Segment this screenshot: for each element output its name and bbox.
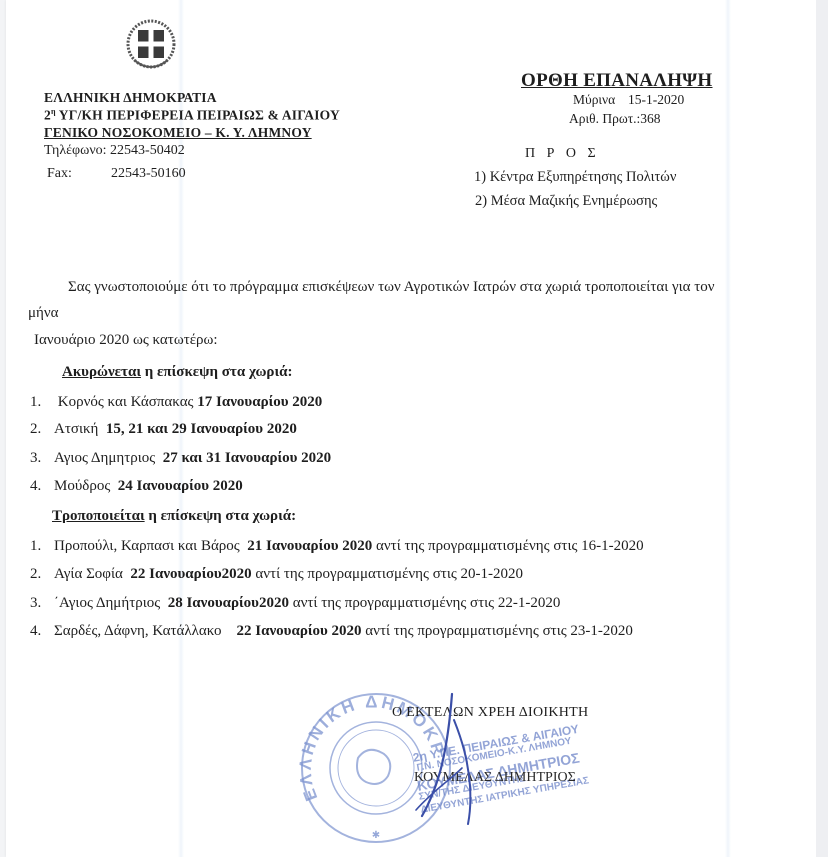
modified-item: 4.Σαρδές, Δάφνη, Κατάλλακο 22 Ιανουαρίου… — [30, 623, 633, 640]
recipient-2: 2) Μέσα Μαζικής Ενημέρωσης — [475, 193, 657, 210]
item-original-date: αντί της προγραμματισμένης στις 22-1-202… — [289, 595, 560, 611]
item-number: 4. — [30, 478, 54, 495]
hospital-name: ΓΕΝΙΚΟ ΝΟΣΟΚΟΜΕΙΟ – Κ. Υ. ΛΗΜΝΟΥ — [44, 125, 312, 141]
to-label: Π Ρ Ο Σ — [525, 146, 600, 162]
modified-heading-keyword: Τροποποιείται — [52, 508, 145, 524]
item-number: 3. — [30, 595, 54, 612]
item-number: 4. — [30, 623, 54, 640]
item-number: 3. — [30, 450, 54, 467]
document-title: ΟΡΘΗ ΕΠΑΝΑΛΗΨΗ — [521, 70, 713, 92]
org-region-text: ΥΓ/ΚΗ ΠΕΡΙΦΕΡΕΙΑ ΠΕΙΡΑΙΩΣ & ΑΙΓΑΙΟΥ — [56, 108, 340, 123]
item-dates: 27 και 31 Ιανουαρίου 2020 — [163, 450, 331, 466]
item-dates: 17 Ιανουαρίου 2020 — [197, 394, 322, 410]
modified-item: 1.Προπούλι, Καρπασι και Βάρος 21 Ιανουαρ… — [30, 538, 644, 555]
item-new-date: 21 Ιανουαρίου 2020 — [247, 538, 372, 554]
org-name: ΕΛΛΗΝΙΚΗ ΔΗΜΟΚΡΑΤΙΑ — [44, 90, 217, 106]
phone-label: Τηλέφωνο: — [44, 143, 107, 158]
intro-line-2: μήνα — [28, 305, 59, 322]
protocol-number: Αριθ. Πρωτ.:368 — [569, 111, 661, 127]
phone-line: Τηλέφωνο: 22543-50402 — [44, 143, 185, 159]
modified-heading-rest: η επίσκεψη στα χωριά: — [145, 508, 296, 524]
cancelled-item: 3.Αγιος Δημητριος 27 και 31 Ιανουαρίου 2… — [30, 450, 331, 467]
cancelled-item: 2.Ατσική 15, 21 και 29 Ιανουαρίου 2020 — [30, 421, 297, 438]
page-edge — [816, 0, 828, 857]
item-villages: Κορνός και Κάσπακας — [58, 394, 194, 410]
greek-coat-of-arms-icon — [124, 18, 178, 72]
item-number: 1. — [30, 394, 54, 411]
item-number: 2. — [30, 566, 54, 583]
item-villages: ΄Αγιος Δημήτριος — [54, 595, 160, 611]
svg-text:✱: ✱ — [372, 830, 380, 841]
place: Μύρινα — [573, 92, 615, 108]
item-new-date: 28 Ιανουαρίου2020 — [168, 595, 289, 611]
intro-line-1: Σας γνωστοποιούμε ότι το πρόγραμμα επισκ… — [68, 279, 715, 296]
fax-label: Fax: — [47, 166, 72, 182]
recipient-1: 1) Κέντρα Εξυπηρέτησης Πολιτών — [474, 169, 676, 186]
phone-number: 22543-50402 — [110, 143, 185, 158]
modified-item: 2.Αγία Σοφία 22 Ιανουαρίου2020 αντί της … — [30, 566, 523, 583]
scan-fold-line — [725, 0, 731, 857]
item-original-date: αντί της προγραμματισμένης στις 16-1-202… — [372, 538, 643, 554]
cancelled-heading-rest: η επίσκεψη στα χωριά: — [141, 364, 292, 380]
item-dates: 24 Ιανουαρίου 2020 — [118, 478, 243, 494]
handwritten-signature — [410, 690, 530, 830]
item-villages: Ατσική — [54, 421, 98, 437]
item-original-date: αντί της προγραμματισμένης στις 23-1-202… — [362, 623, 633, 639]
cancelled-heading-keyword: Ακυρώνεται — [62, 364, 141, 380]
item-dates: 15, 21 και 29 Ιανουαρίου 2020 — [106, 421, 297, 437]
org-region: 2η ΥΓ/ΚΗ ΠΕΡΙΦΕΡΕΙΑ ΠΕΙΡΑΙΩΣ & ΑΙΓΑΙΟΥ — [44, 107, 340, 124]
item-villages: Αγιος Δημητριος — [54, 450, 155, 466]
item-new-date: 22 Ιανουαρίου2020 — [130, 566, 251, 582]
intro-line-3: Ιανουάριο 2020 ως κατωτέρω: — [34, 332, 218, 349]
item-villages: Προπούλι, Καρπασι και Βάρος — [54, 538, 240, 554]
item-villages: Σαρδές, Δάφνη, Κατάλλακο — [54, 623, 222, 639]
item-original-date: αντί της προγραμματισμένης στις 20-1-202… — [252, 566, 523, 582]
modified-item: 3.΄Αγιος Δημήτριος 28 Ιανουαρίου2020 αντ… — [30, 595, 560, 612]
item-new-date: 22 Ιανουαρίου 2020 — [237, 623, 362, 639]
cancelled-item: 4.Μούδρος 24 Ιανουαρίου 2020 — [30, 478, 243, 495]
modified-heading: Τροποποιείται η επίσκεψη στα χωριά: — [52, 508, 296, 525]
item-number: 2. — [30, 421, 54, 438]
cancelled-heading: Ακυρώνεται η επίσκεψη στα χωριά: — [62, 364, 292, 381]
cancelled-item: 1. Κορνός και Κάσπακας 17 Ιανουαρίου 202… — [30, 394, 322, 411]
item-villages: Αγία Σοφία — [54, 566, 123, 582]
date: 15-1-2020 — [628, 92, 684, 108]
item-villages: Μούδρος — [54, 478, 110, 494]
fax-number: 22543-50160 — [111, 166, 186, 182]
item-number: 1. — [30, 538, 54, 555]
org-region-number: 2 — [44, 108, 51, 123]
